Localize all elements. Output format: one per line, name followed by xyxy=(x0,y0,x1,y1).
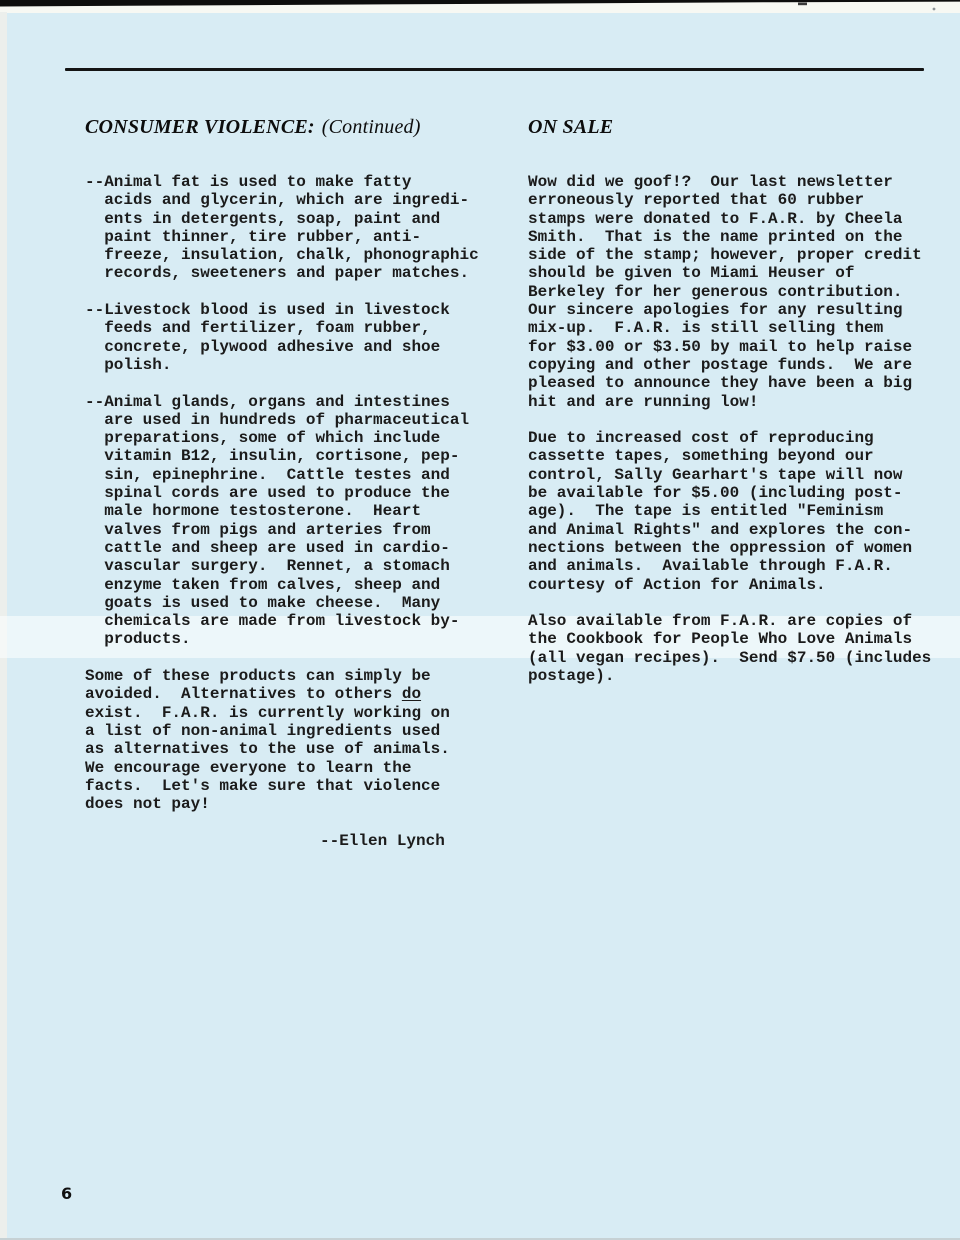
heading-continued-note: (Continued) xyxy=(322,116,421,138)
underlined-word: do xyxy=(402,685,421,703)
newsletter-page: CONSUMER VIOLENCE:(Continued) --Animal f… xyxy=(0,0,960,1240)
closing-text-before: Some of these products can simply be avo… xyxy=(85,667,431,703)
scan-edge-wedge xyxy=(0,0,960,13)
left-column: CONSUMER VIOLENCE:(Continued) --Animal f… xyxy=(85,117,500,868)
header-divider-rule xyxy=(65,68,924,71)
closing-text-after: exist. F.A.R. is currently working on a … xyxy=(85,704,450,813)
right-column-heading: ON SALE xyxy=(528,117,953,138)
author-signature: --Ellen Lynch xyxy=(320,832,500,850)
closing-paragraph: Some of these products can simply be avo… xyxy=(85,667,500,813)
left-column-heading: CONSUMER VIOLENCE:(Continued) xyxy=(85,117,500,138)
paragraph-cookbook: Also available from F.A.R. are copies of… xyxy=(528,612,953,685)
bullet-animal-fat: --Animal fat is used to make fatty acids… xyxy=(85,173,500,283)
bullet-animal-glands: --Animal glands, organs and intestines a… xyxy=(85,393,500,649)
paragraph-cassette-tape: Due to increased cost of reproducing cas… xyxy=(528,429,953,594)
paragraph-rubber-stamps: Wow did we goof!? Our last newsletter er… xyxy=(528,173,953,411)
page-number: 6 xyxy=(61,1184,72,1203)
scan-top-edge-artifact xyxy=(0,0,960,13)
bullet-livestock-blood: --Livestock blood is used in livestock f… xyxy=(85,301,500,374)
heading-on-sale: ON SALE xyxy=(528,116,613,138)
heading-consumer-violence: CONSUMER VIOLENCE: xyxy=(85,116,315,138)
right-column: ON SALE Wow did we goof!? Our last newsl… xyxy=(528,117,953,704)
